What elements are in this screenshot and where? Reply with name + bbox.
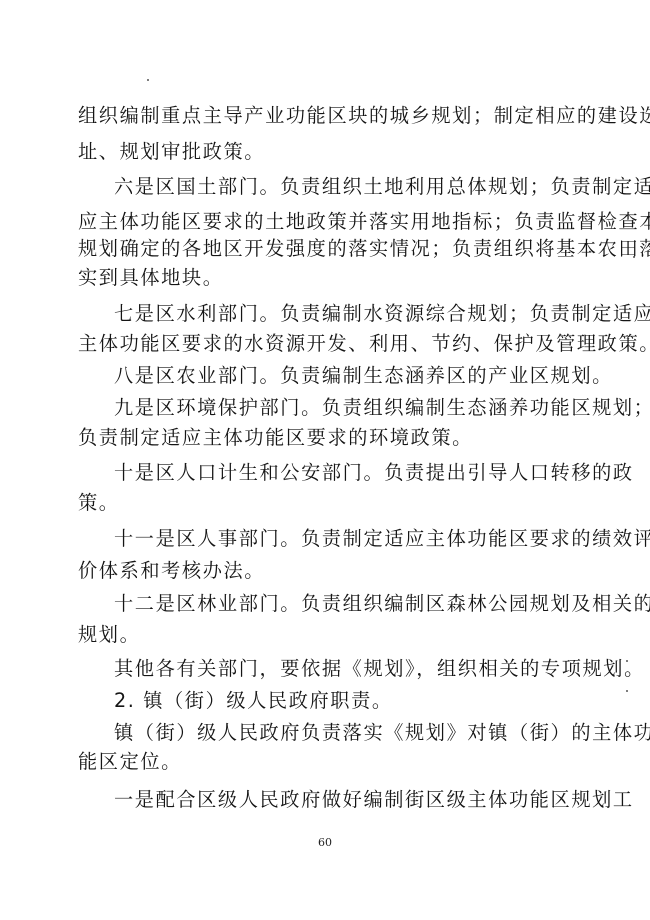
text-line: 策。 [78, 491, 120, 515]
text-line: 负责制定适应主体功能区要求的环境政策。 [78, 426, 473, 450]
text-line: 主体功能区要求的水资源开发、利用、节约、保护及管理政策。 [78, 332, 650, 356]
text-line: 实到具体地块。 [78, 266, 224, 290]
paragraph-start: 六是区国土部门。负责组织土地利用总体规划；负责制定适 [114, 175, 650, 199]
paragraph-start: 其他各有关部门，要依据《规划》，组织相关的专项规划。 [114, 657, 645, 681]
paragraph-start: 八是区农业部门。负责编制生态涵养区的产业区规划。 [114, 364, 613, 388]
page-number: 60 [318, 836, 332, 849]
paragraph-start: 镇（街）级人民政府负责落实《规划》对镇（街）的主体功 [114, 721, 650, 745]
text-line: 应主体功能区要求的土地政策并落实用地指标；负责监督检查本 [78, 210, 650, 234]
text-line: 能区定位。 [78, 750, 182, 774]
document-page: 组织编制重点主导产业功能区块的城乡规划；制定相应的建设选 址、规划审批政策。 六… [0, 0, 650, 920]
paragraph-start: 九是区环境保护部门。负责组织编制生态涵养功能区规划； [114, 396, 650, 420]
text-line: 规划。 [78, 623, 140, 647]
paragraph-start: 一是配合区级人民政府做好编制街区级主体功能区规划工 [114, 788, 634, 812]
section-heading: 2. 镇（街）级人民政府职责。 [114, 689, 393, 713]
paragraph-start: 十一是区人事部门。负责制定适应主体功能区要求的绩效评 [114, 527, 650, 551]
text-line: 址、规划审批政策。 [78, 140, 265, 164]
text-line: 组织编制重点主导产业功能区块的城乡规划；制定相应的建设选 [78, 104, 650, 128]
text-line: 价体系和考核办法。 [78, 559, 265, 583]
paragraph-start: 七是区水利部门。负责编制水资源综合规划；负责制定适应 [114, 302, 650, 326]
text-line: 规划确定的各地区开发强度的落实情况；负责组织将基本农田落 [78, 237, 650, 261]
scan-speck [147, 79, 149, 81]
scan-speck [626, 690, 628, 692]
paragraph-start: 十是区人口计生和公安部门。负责提出引导人口转移的政 [114, 461, 634, 485]
paragraph-start: 十二是区林业部门。负责组织编制区森林公园规划及相关的 [114, 592, 650, 616]
